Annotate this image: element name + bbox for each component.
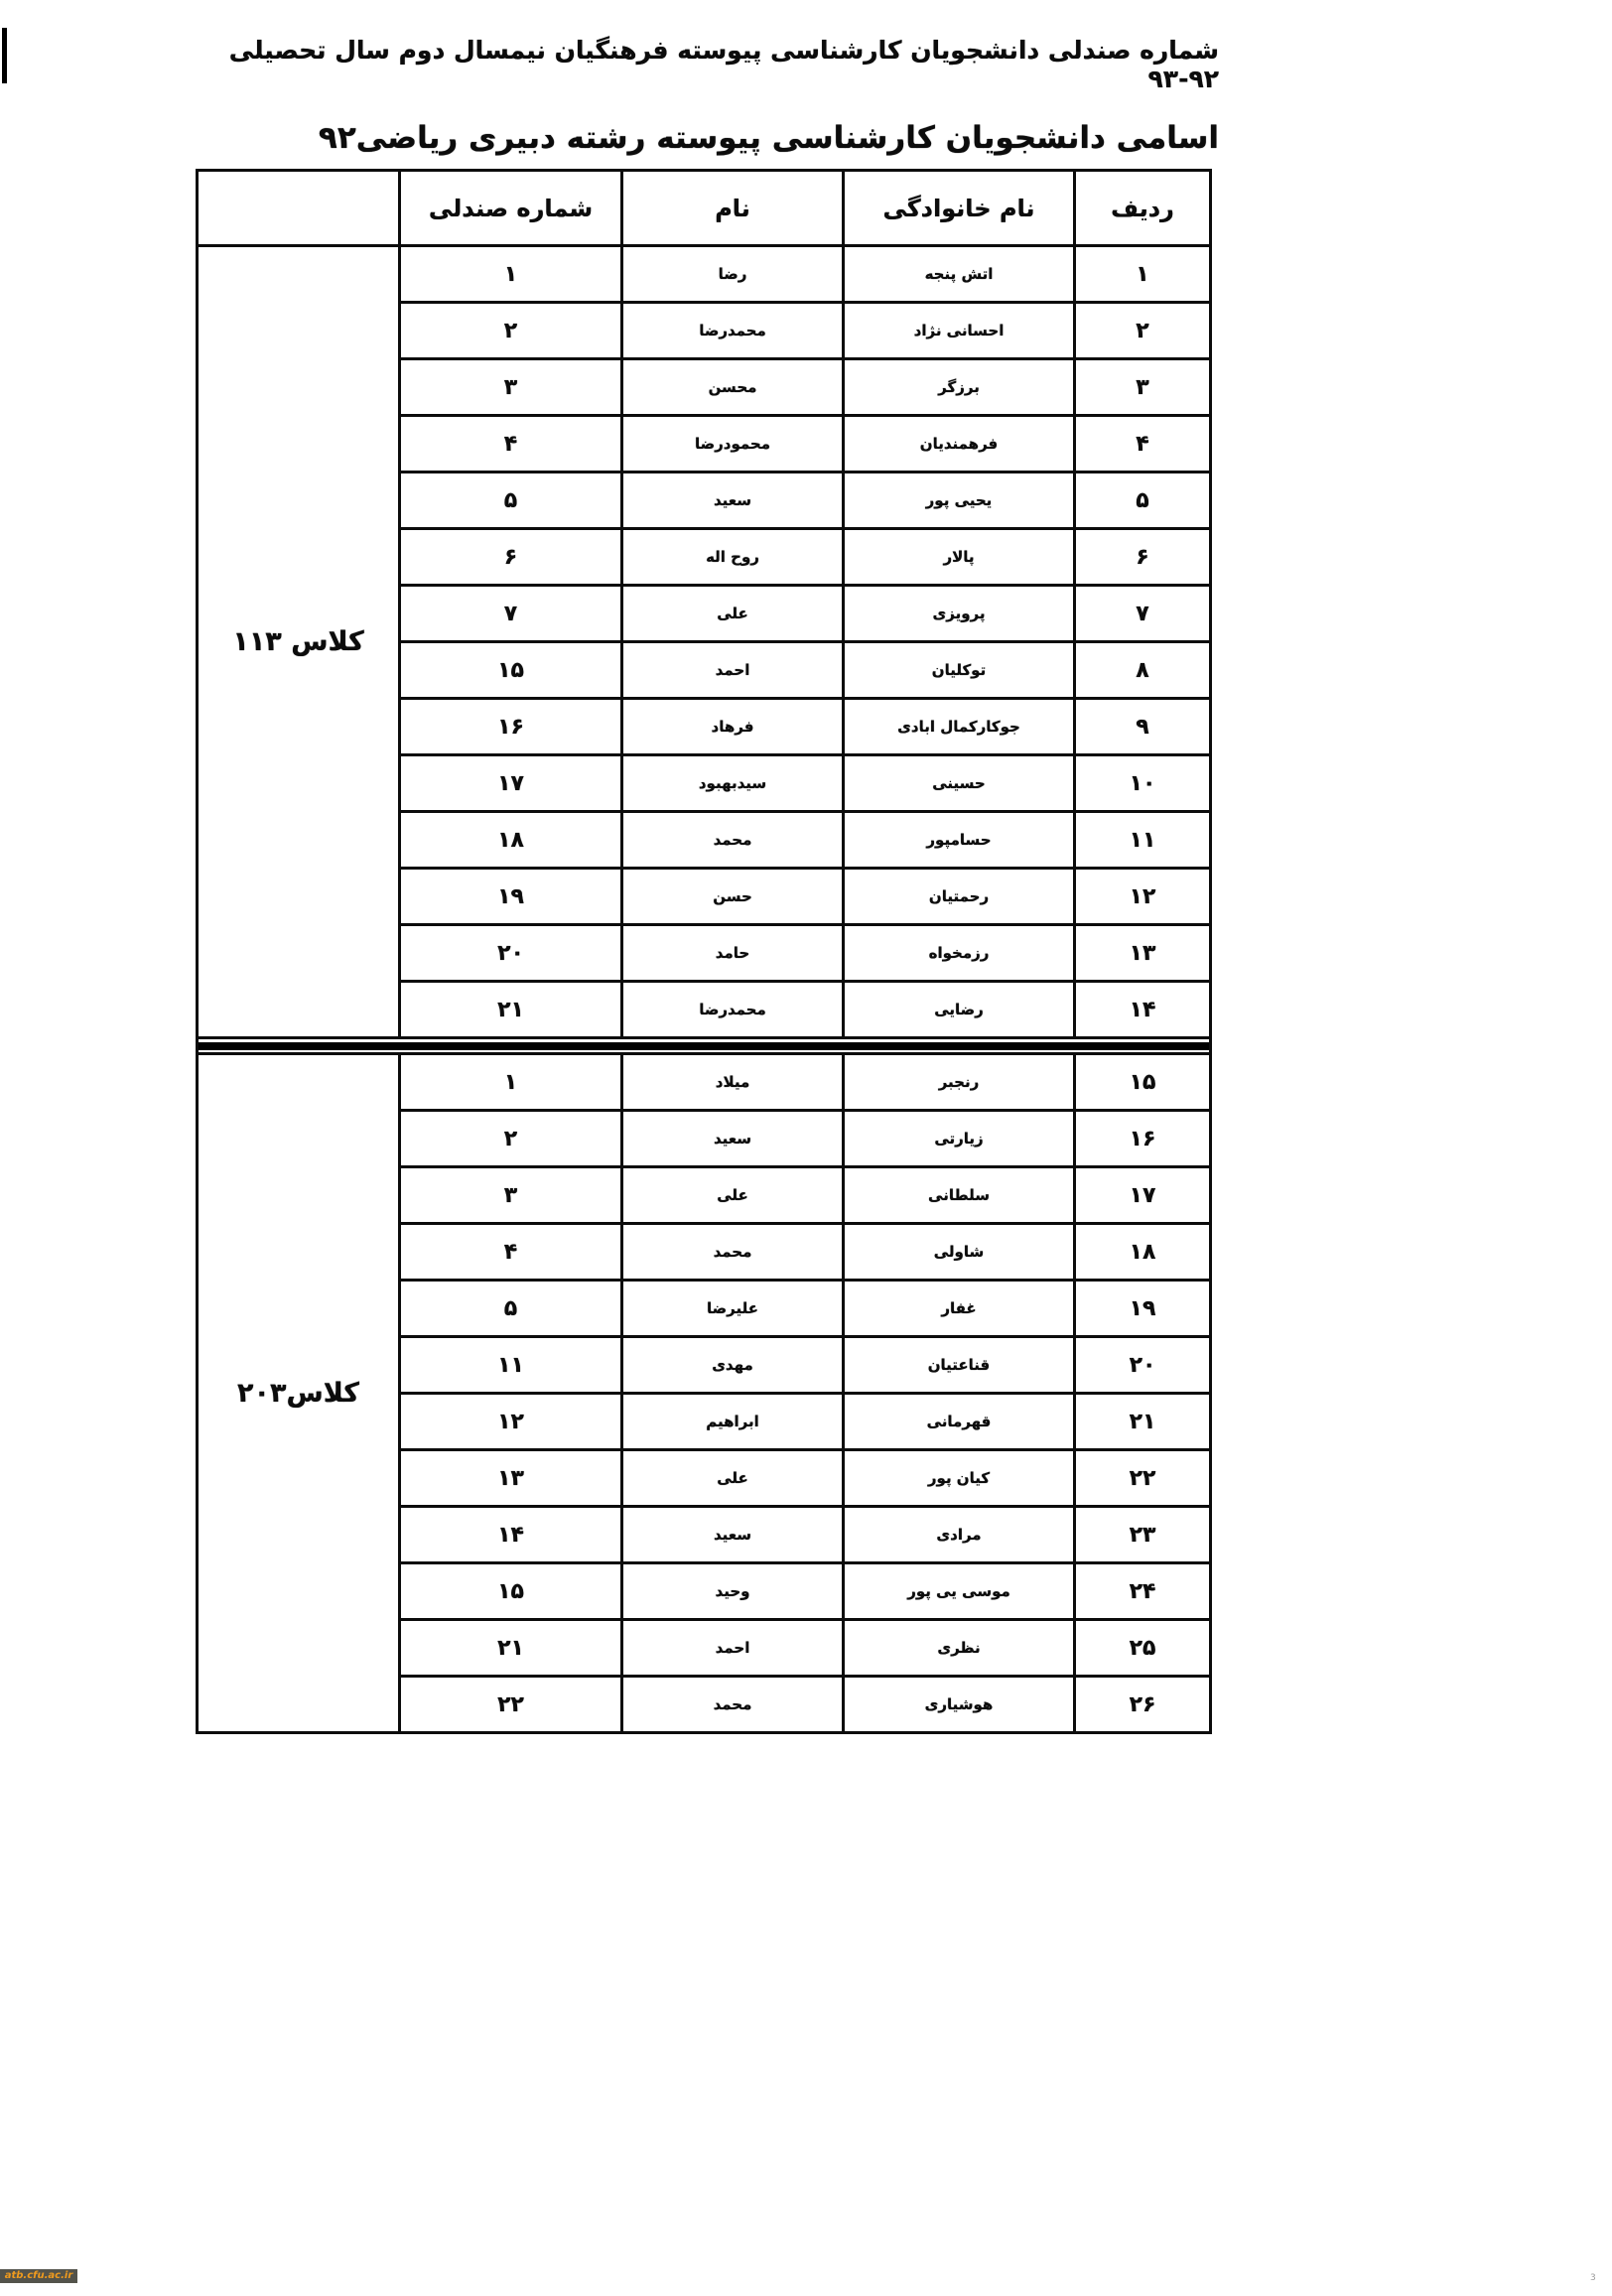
radif-cell: ۱۴ [1075, 982, 1211, 1038]
first-name-cell: وحید [622, 1563, 844, 1620]
radif-cell: ۱۷ [1075, 1167, 1211, 1224]
family-name-cell: احسانی نژاد [844, 303, 1075, 359]
first-name-cell: محمد [622, 812, 844, 869]
family-name-cell: رنجبر [844, 1054, 1075, 1111]
first-name-cell: حسن [622, 869, 844, 925]
header-class-column [198, 171, 400, 246]
scanned-document-page: { "page": { "title_line1": "شماره صندلی … [0, 0, 1612, 2296]
radif-cell: ۲۶ [1075, 1677, 1211, 1733]
first-name-cell: محسن [622, 359, 844, 416]
first-name-cell: سعید [622, 473, 844, 529]
family-name-cell: سلطانی [844, 1167, 1075, 1224]
family-name-cell: غفار [844, 1281, 1075, 1337]
family-name-cell: توکلیان [844, 642, 1075, 699]
family-name-cell: اتش پنجه [844, 246, 1075, 303]
first-name-cell: محمدرضا [622, 303, 844, 359]
seat-number-cell: ۲۲ [400, 1677, 622, 1733]
radif-cell: ۱۵ [1075, 1054, 1211, 1111]
radif-cell: ۱۰ [1075, 755, 1211, 812]
student-row: ۱ اتش پنجه رضا ۱ کلاس ۱۱۳ [198, 246, 1211, 303]
seat-number-cell: ۲۱ [400, 1620, 622, 1677]
first-name-cell: مهدی [622, 1337, 844, 1394]
seat-number-cell: ۱۸ [400, 812, 622, 869]
seat-number-cell: ۵ [400, 1281, 622, 1337]
document-titles: شماره صندلی دانشجویان کارشناسی پیوسته فر… [196, 36, 1219, 156]
first-name-cell: علیرضا [622, 1281, 844, 1337]
family-name-cell: زیارتی [844, 1111, 1075, 1167]
seat-number-cell: ۱۲ [400, 1394, 622, 1450]
family-name-cell: برزگر [844, 359, 1075, 416]
site-watermark: atb.cfu.ac.ir [0, 2269, 77, 2283]
seat-number-cell: ۱۶ [400, 699, 622, 755]
first-name-cell: محمد [622, 1224, 844, 1281]
header-seat-number: شماره صندلی [400, 171, 622, 246]
family-name-cell: رزمخواه [844, 925, 1075, 982]
first-name-cell: احمد [622, 642, 844, 699]
seat-number-cell: ۱۴ [400, 1507, 622, 1563]
radif-cell: ۲۴ [1075, 1563, 1211, 1620]
seat-number-cell: ۱۵ [400, 642, 622, 699]
family-name-cell: جوکارکمال ابادی [844, 699, 1075, 755]
first-name-cell: روح اله [622, 529, 844, 586]
seat-number-cell: ۱۵ [400, 1563, 622, 1620]
family-name-cell: نظری [844, 1620, 1075, 1677]
seat-number-cell: ۲ [400, 303, 622, 359]
seat-number-cell: ۷ [400, 586, 622, 642]
first-name-cell: سعید [622, 1507, 844, 1563]
first-name-cell: علی [622, 1450, 844, 1507]
radif-cell: ۱ [1075, 246, 1211, 303]
family-name-cell: هوشیاری [844, 1677, 1075, 1733]
seat-number-cell: ۲۰ [400, 925, 622, 982]
radif-cell: ۱۶ [1075, 1111, 1211, 1167]
first-name-cell: احمد [622, 1620, 844, 1677]
radif-cell: ۱۸ [1075, 1224, 1211, 1281]
first-name-cell: میلاد [622, 1054, 844, 1111]
table-header-row: ردیف نام خانوادگی نام شماره صندلی [198, 171, 1211, 246]
family-name-cell: قناعتیان [844, 1337, 1075, 1394]
radif-cell: ۵ [1075, 473, 1211, 529]
family-name-cell: رحمتیان [844, 869, 1075, 925]
divider-bar [199, 1042, 1209, 1050]
radif-cell: ۷ [1075, 586, 1211, 642]
seat-number-cell: ۲۱ [400, 982, 622, 1038]
first-name-cell: علی [622, 1167, 844, 1224]
page-title-student-list: اسامی دانشجویان کارشناسی پیوسته رشته دبی… [196, 120, 1219, 156]
radif-cell: ۴ [1075, 416, 1211, 473]
radif-cell: ۱۱ [1075, 812, 1211, 869]
family-name-cell: شاولی [844, 1224, 1075, 1281]
family-name-cell: پالار [844, 529, 1075, 586]
page-corner-mark: 3 [1590, 2273, 1596, 2283]
page-title-seat-numbers: شماره صندلی دانشجویان کارشناسی پیوسته فر… [196, 36, 1219, 93]
first-name-cell: ابراهیم [622, 1394, 844, 1450]
seat-number-cell: ۴ [400, 416, 622, 473]
family-name-cell: رضایی [844, 982, 1075, 1038]
family-name-cell: موسی یی پور [844, 1563, 1075, 1620]
header-family-name: نام خانوادگی [844, 171, 1075, 246]
first-name-cell: رضا [622, 246, 844, 303]
seat-number-cell: ۱ [400, 246, 622, 303]
radif-cell: ۸ [1075, 642, 1211, 699]
family-name-cell: پرویزی [844, 586, 1075, 642]
seat-number-cell: ۳ [400, 359, 622, 416]
seat-number-cell: ۳ [400, 1167, 622, 1224]
radif-cell: ۶ [1075, 529, 1211, 586]
radif-cell: ۲ [1075, 303, 1211, 359]
radif-cell: ۱۲ [1075, 869, 1211, 925]
seat-number-cell: ۶ [400, 529, 622, 586]
family-name-cell: حسامپور [844, 812, 1075, 869]
seat-number-cell: ۱۱ [400, 1337, 622, 1394]
seat-number-cell: ۱۳ [400, 1450, 622, 1507]
family-name-cell: یحیی پور [844, 473, 1075, 529]
radif-cell: ۲۱ [1075, 1394, 1211, 1450]
section-divider [198, 1038, 1211, 1054]
family-name-cell: قهرمانی [844, 1394, 1075, 1450]
radif-cell: ۹ [1075, 699, 1211, 755]
first-name-cell: محمدرضا [622, 982, 844, 1038]
scan-edge-artifact [2, 28, 7, 83]
seat-number-cell: ۴ [400, 1224, 622, 1281]
radif-cell: ۱۳ [1075, 925, 1211, 982]
seat-number-cell: ۱۷ [400, 755, 622, 812]
class-label: کلاس۲۰۳ [198, 1054, 400, 1733]
family-name-cell: حسینی [844, 755, 1075, 812]
table-body: ردیف نام خانوادگی نام شماره صندلی ۱ اتش … [198, 171, 1211, 1733]
radif-cell: ۲۳ [1075, 1507, 1211, 1563]
first-name-cell: سعید [622, 1111, 844, 1167]
radif-cell: ۳ [1075, 359, 1211, 416]
first-name-cell: محمودرضا [622, 416, 844, 473]
header-first-name: نام [622, 171, 844, 246]
first-name-cell: سیدبهبود [622, 755, 844, 812]
first-name-cell: فرهاد [622, 699, 844, 755]
seat-number-cell: ۱ [400, 1054, 622, 1111]
seat-number-cell: ۱۹ [400, 869, 622, 925]
family-name-cell: مرادی [844, 1507, 1075, 1563]
header-radif: ردیف [1075, 171, 1211, 246]
radif-cell: ۱۹ [1075, 1281, 1211, 1337]
radif-cell: ۲۵ [1075, 1620, 1211, 1677]
first-name-cell: حامد [622, 925, 844, 982]
seat-number-cell: ۵ [400, 473, 622, 529]
seat-roster-table: ردیف نام خانوادگی نام شماره صندلی ۱ اتش … [196, 169, 1212, 1734]
family-name-cell: کیان پور [844, 1450, 1075, 1507]
family-name-cell: فرهمندیان [844, 416, 1075, 473]
radif-cell: ۲۲ [1075, 1450, 1211, 1507]
radif-cell: ۲۰ [1075, 1337, 1211, 1394]
first-name-cell: علی [622, 586, 844, 642]
class-label: کلاس ۱۱۳ [198, 246, 400, 1038]
student-row: ۱۵ رنجبر میلاد ۱ کلاس۲۰۳ [198, 1054, 1211, 1111]
seat-number-cell: ۲ [400, 1111, 622, 1167]
first-name-cell: محمد [622, 1677, 844, 1733]
roster-table-container: ردیف نام خانوادگی نام شماره صندلی ۱ اتش … [196, 169, 1212, 1734]
